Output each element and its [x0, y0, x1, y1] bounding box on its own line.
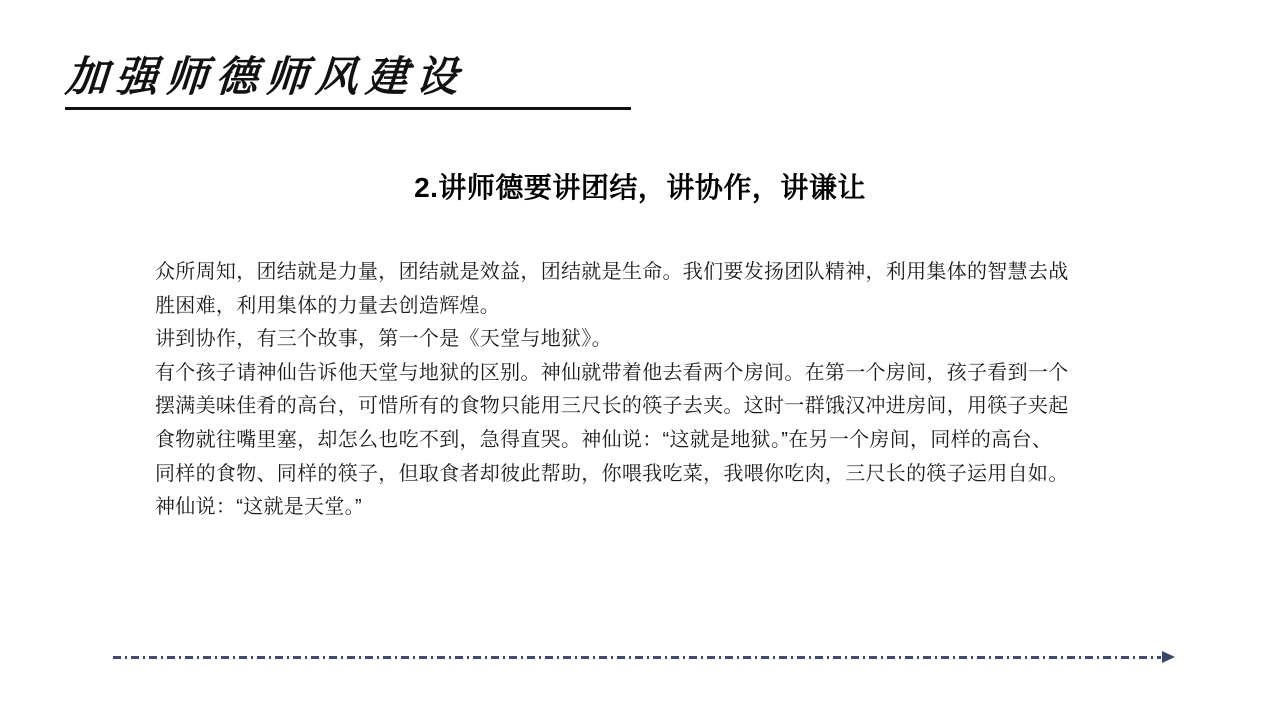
title-underline [65, 107, 631, 110]
dash-dot-divider [113, 656, 1161, 659]
slide-header-title: 加强师德师风建设 [64, 44, 468, 104]
presentation-slide: 加强师德师风建设 2.讲师德要讲团结，讲协作，讲谦让 众所周知，团结就是力量，团… [0, 0, 1280, 720]
body-line: 众所周知，团结就是力量，团结就是效益，团结就是生命。我们要发扬团队精神，利用集体… [155, 256, 1145, 290]
body-text-block: 众所周知，团结就是力量，团结就是效益，团结就是生命。我们要发扬团队精神，利用集体… [155, 256, 1145, 525]
body-line: 胜困难，利用集体的力量去创造辉煌。 [155, 290, 1145, 324]
section-heading: 2.讲师德要讲团结，讲协作，讲谦让 [155, 166, 1125, 206]
body-line: 同样的食物、同样的筷子，但取食者却彼此帮助，你喂我吃菜，我喂你吃肉，三尺长的筷子… [155, 458, 1145, 492]
body-line: 神仙说：“这就是天堂。” [155, 491, 1145, 525]
body-line: 食物就往嘴里塞，却怎么也吃不到，急得直哭。神仙说：“这就是地狱。”在另一个房间，… [155, 424, 1145, 458]
right-arrow-icon [1162, 651, 1175, 663]
body-line: 摆满美味佳肴的高台，可惜所有的食物只能用三尺长的筷子去夹。这时一群饿汉冲进房间，… [155, 390, 1145, 424]
body-line: 讲到协作，有三个故事，第一个是《天堂与地狱》。 [155, 323, 1145, 357]
body-line: 有个孩子请神仙告诉他天堂与地狱的区别。神仙就带着他去看两个房间。在第一个房间，孩… [155, 357, 1145, 391]
